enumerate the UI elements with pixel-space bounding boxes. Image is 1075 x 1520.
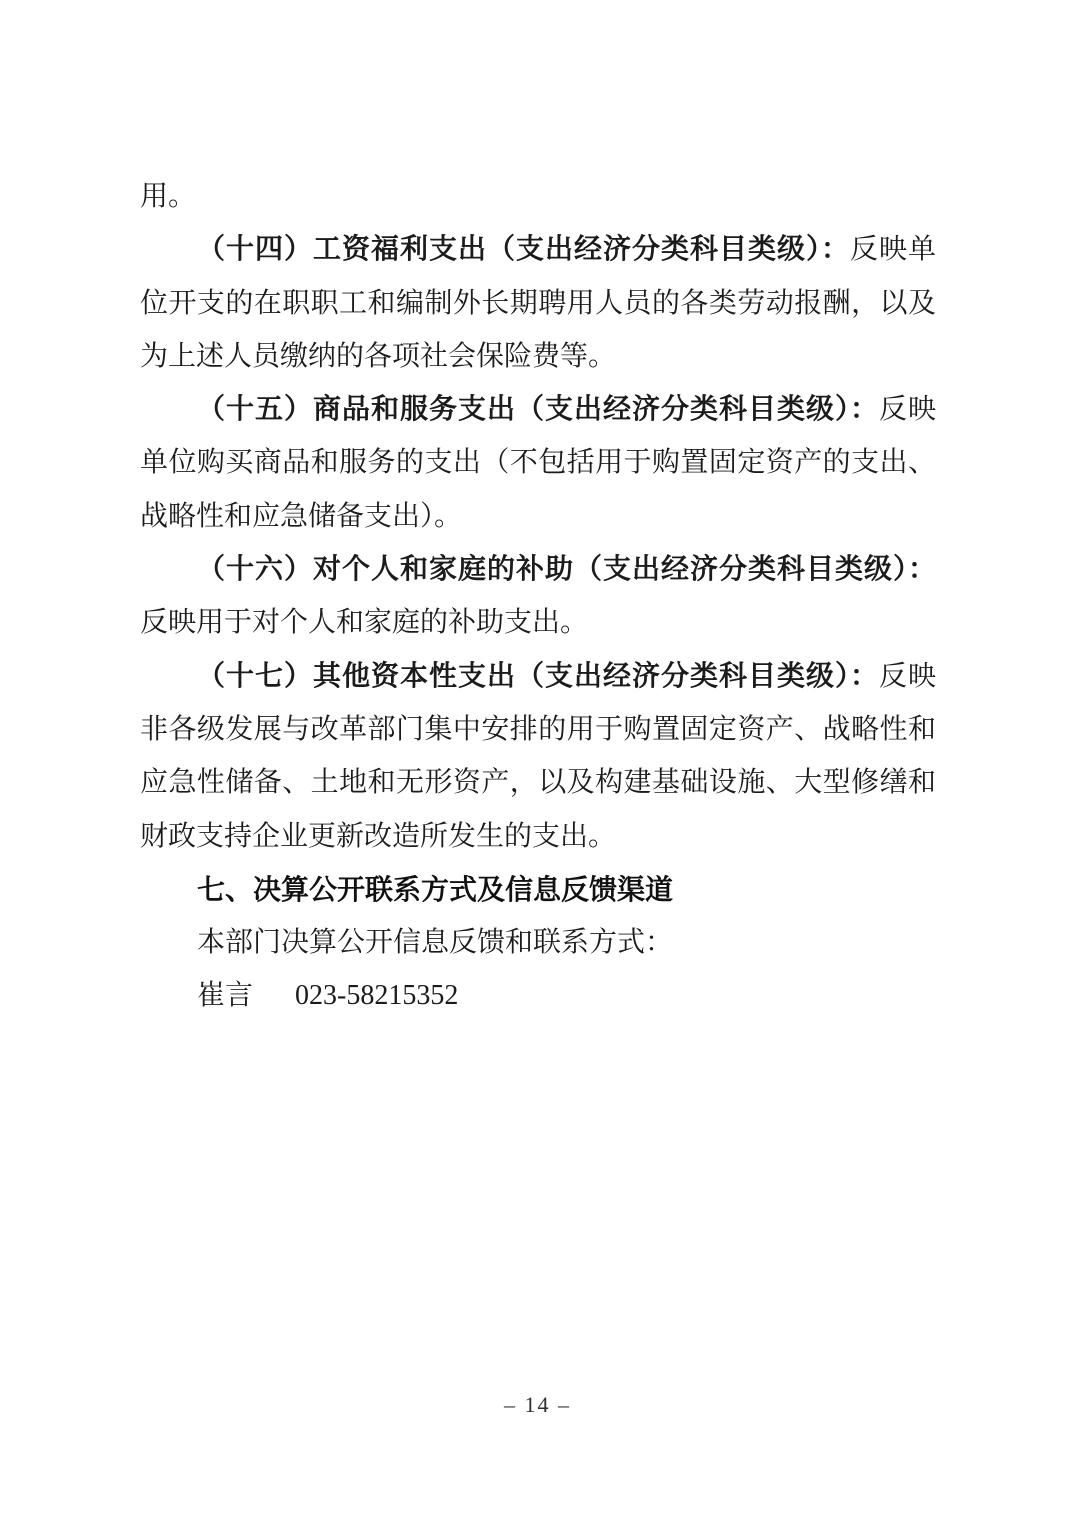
paragraph-text: 单位购买商品和服务的支出（不包括用于购置固定资产的支出、: [140, 447, 936, 478]
text-line-3: 位开支的在职职工和编制外长期聘用人员的各类劳动报酬，以及: [140, 277, 936, 330]
document-body: 用。（十四）工资福利支出（支出经济分类科目类级）：反映单位开支的在职职工和编制外…: [140, 170, 936, 1023]
paragraph-text: 反映单: [850, 234, 936, 265]
paragraph-text: 反映用于对个人和家庭的补助支出。: [140, 607, 588, 638]
text-line-13: 财政支持企业更新改造所发生的支出。: [140, 810, 936, 863]
text-line-5: （十五）商品和服务支出（支出经济分类科目类级）：反映: [140, 383, 936, 436]
paragraph-text: 位开支的在职职工和编制外长期聘用人员的各类劳动报酬，以及: [140, 288, 936, 319]
page-number: – 14 –: [0, 1392, 1075, 1418]
text-line-1: 用。: [140, 170, 936, 223]
text-line-15: 本部门决算公开信息反馈和联系方式：: [140, 916, 936, 969]
text-line-9: 反映用于对个人和家庭的补助支出。: [140, 596, 936, 649]
paragraph-lead: （十七）其他资本性支出（支出经济分类科目类级）：: [197, 661, 879, 692]
text-line-8: （十六）对个人和家庭的补助（支出经济分类科目类级）：: [140, 543, 936, 596]
paragraph-lead: （十五）商品和服务支出（支出经济分类科目类级）：: [197, 394, 879, 425]
section-heading: 七、决算公开联系方式及信息反馈渠道: [140, 863, 936, 916]
paragraph-lead: （十四）工资福利支出（支出经济分类科目类级）：: [197, 234, 850, 265]
text-line-7: 战略性和应急储备支出）。: [140, 490, 936, 543]
document-page: 用。（十四）工资福利支出（支出经济分类科目类级）：反映单位开支的在职职工和编制外…: [0, 0, 1075, 1520]
paragraph-text: 用。: [140, 181, 196, 212]
paragraph-text: 反映: [879, 394, 936, 425]
paragraph-text: 应急性储备、土地和无形资产，以及构建基础设施、大型修缮和: [140, 767, 936, 798]
text-line-12: 应急性储备、土地和无形资产，以及构建基础设施、大型修缮和: [140, 756, 936, 809]
paragraph-text: 本部门决算公开信息反馈和联系方式：: [197, 927, 673, 958]
paragraph-text: 财政支持企业更新改造所发生的支出。: [140, 821, 616, 852]
contact-phone: 023-58215352: [295, 980, 458, 1011]
paragraph-text: 战略性和应急储备支出）。: [140, 501, 462, 532]
paragraph-text: 为上述人员缴纳的各项社会保险费等。: [140, 341, 616, 372]
text-line-2: （十四）工资福利支出（支出经济分类科目类级）：反映单: [140, 223, 936, 276]
contact-line: 崔言023-58215352: [140, 969, 936, 1022]
paragraph-lead: （十六）对个人和家庭的补助（支出经济分类科目类级）：: [197, 554, 936, 585]
paragraph-text: 反映: [879, 661, 936, 692]
text-line-6: 单位购买商品和服务的支出（不包括用于购置固定资产的支出、: [140, 436, 936, 489]
text-line-11: 非各级发展与改革部门集中安排的用于购置固定资产、战略性和: [140, 703, 936, 756]
paragraph-lead: 七、决算公开联系方式及信息反馈渠道: [197, 874, 673, 905]
paragraph-text: 非各级发展与改革部门集中安排的用于购置固定资产、战略性和: [140, 714, 936, 745]
contact-name: 崔言: [197, 980, 253, 1011]
text-line-4: 为上述人员缴纳的各项社会保险费等。: [140, 330, 936, 383]
text-line-10: （十七）其他资本性支出（支出经济分类科目类级）：反映: [140, 650, 936, 703]
